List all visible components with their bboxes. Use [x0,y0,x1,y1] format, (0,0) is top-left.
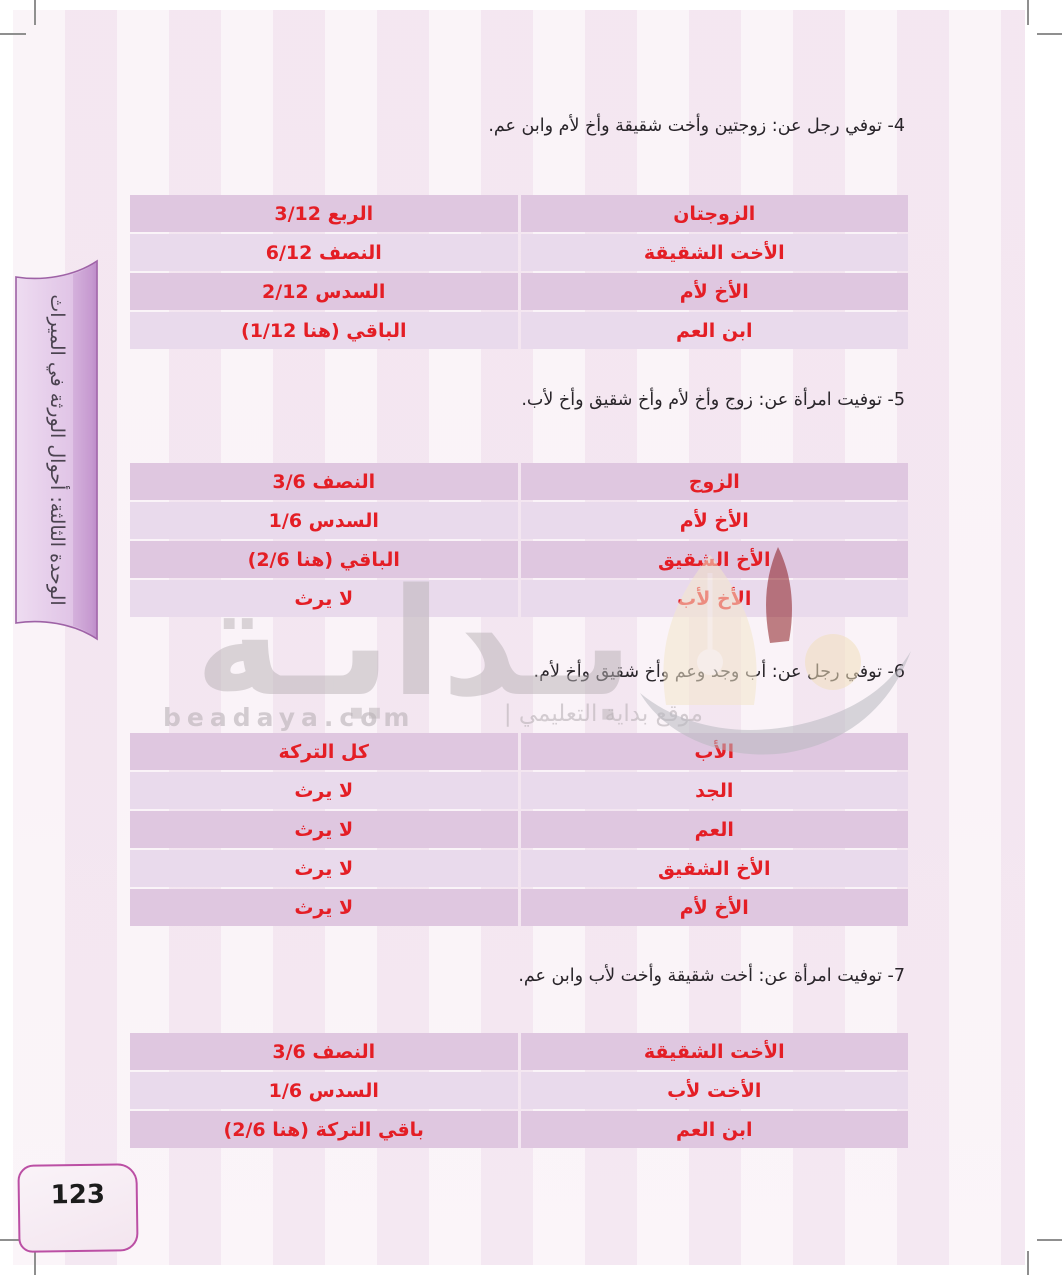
table-row: الأخت الشقيقة النصف 3/6 [130,1033,908,1070]
inheritance-table-6: الأب كل التركة الجد لا يرث العم لا يرث ا… [130,733,908,926]
question-6: 6- توفي رجل عن: أب وجد وعم وأخ شقيق وأخ … [534,658,905,686]
question-7: 7- توفيت امرأة عن: أخت شقيقة وأخت لأب وا… [518,962,905,990]
question-5: 5- توفيت امرأة عن: زوج وأخ لأم وأخ شقيق … [521,386,905,414]
crop-mark [1037,33,1062,35]
table-row: ابن العم الباقي (هنا 1/12) [130,312,908,349]
share-cell: الباقي (هنا 1/12) [130,312,518,349]
question-4: 4- توفي رجل عن: زوجتين وأخت شقيقة وأخ لأ… [488,112,905,140]
heir-cell: الأخت الشقيقة [521,234,909,271]
table-row: الأخ لأم السدس 2/12 [130,273,908,310]
share-cell: لا يرث [130,889,518,926]
heir-cell: الزوجتان [521,195,909,232]
crop-mark [34,1251,36,1275]
unit-title: الوحدة الثالثة: أحوال الورثة في الميراث [46,294,68,605]
share-cell: السدس 2/12 [130,273,518,310]
heir-cell: الأخ لأم [521,273,909,310]
table-row: الأخت الشقيقة النصف 6/12 [130,234,908,271]
crop-mark [1027,1251,1029,1275]
table-row: العم لا يرث [130,811,908,848]
inheritance-table-4: الزوجتان الربع 3/12 الأخت الشقيقة النصف … [130,195,908,349]
heir-cell: الأخت الشقيقة [521,1033,909,1070]
table-row: الزوجتان الربع 3/12 [130,195,908,232]
heir-cell: الأخ لأم [521,889,909,926]
table-row: الجد لا يرث [130,772,908,809]
crop-mark [0,33,26,35]
inheritance-table-5: الزوج النصف 3/6 الأخ لأم السدس 1/6 الأخ … [130,463,908,617]
page-number: 123 [20,1179,136,1211]
share-cell: النصف 6/12 [130,234,518,271]
table-row: الأخ لأم السدس 1/6 [130,502,908,539]
share-cell: الربع 3/12 [130,195,518,232]
unit-ribbon: الوحدة الثالثة: أحوال الورثة في الميراث [13,256,101,644]
share-cell: لا يرث [130,850,518,887]
table-row: الأخ الشقيق لا يرث [130,850,908,887]
table-row: الأخ لأب لا يرث [130,580,908,617]
heir-cell: الزوج [521,463,909,500]
heir-cell: العم [521,811,909,848]
table-row: الأخ لأم لا يرث [130,889,908,926]
heir-cell: ابن العم [521,312,909,349]
heir-cell: الأب [521,733,909,770]
share-cell: لا يرث [130,772,518,809]
page-number-badge: 123 [17,1163,138,1253]
share-cell: لا يرث [130,811,518,848]
table-row: الأب كل التركة [130,733,908,770]
table-row: ابن العم باقي التركة (هنا 2/6) [130,1111,908,1148]
textbook-page: الوحدة الثالثة: أحوال الورثة في الميراث … [0,0,1062,1275]
table-row: الأخت لأب السدس 1/6 [130,1072,908,1109]
share-cell: لا يرث [130,580,518,617]
crop-mark [1037,1239,1062,1241]
heir-cell: الأخ لأم [521,502,909,539]
heir-cell: الأخ لأب [521,580,909,617]
crop-mark [34,0,36,25]
heir-cell: ابن العم [521,1111,909,1148]
share-cell: النصف 3/6 [130,1033,518,1070]
heir-cell: الأخ الشقيق [521,850,909,887]
share-cell: النصف 3/6 [130,463,518,500]
share-cell: السدس 1/6 [130,1072,518,1109]
heir-cell: الأخ الشقيق [521,541,909,578]
heir-cell: الجد [521,772,909,809]
share-cell: باقي التركة (هنا 2/6) [130,1111,518,1148]
crop-mark [1027,0,1029,25]
heir-cell: الأخت لأب [521,1072,909,1109]
inheritance-table-7: الأخت الشقيقة النصف 3/6 الأخت لأب السدس … [130,1033,908,1148]
table-row: الزوج النصف 3/6 [130,463,908,500]
share-cell: السدس 1/6 [130,502,518,539]
share-cell: كل التركة [130,733,518,770]
share-cell: الباقي (هنا 2/6) [130,541,518,578]
table-row: الأخ الشقيق الباقي (هنا 2/6) [130,541,908,578]
